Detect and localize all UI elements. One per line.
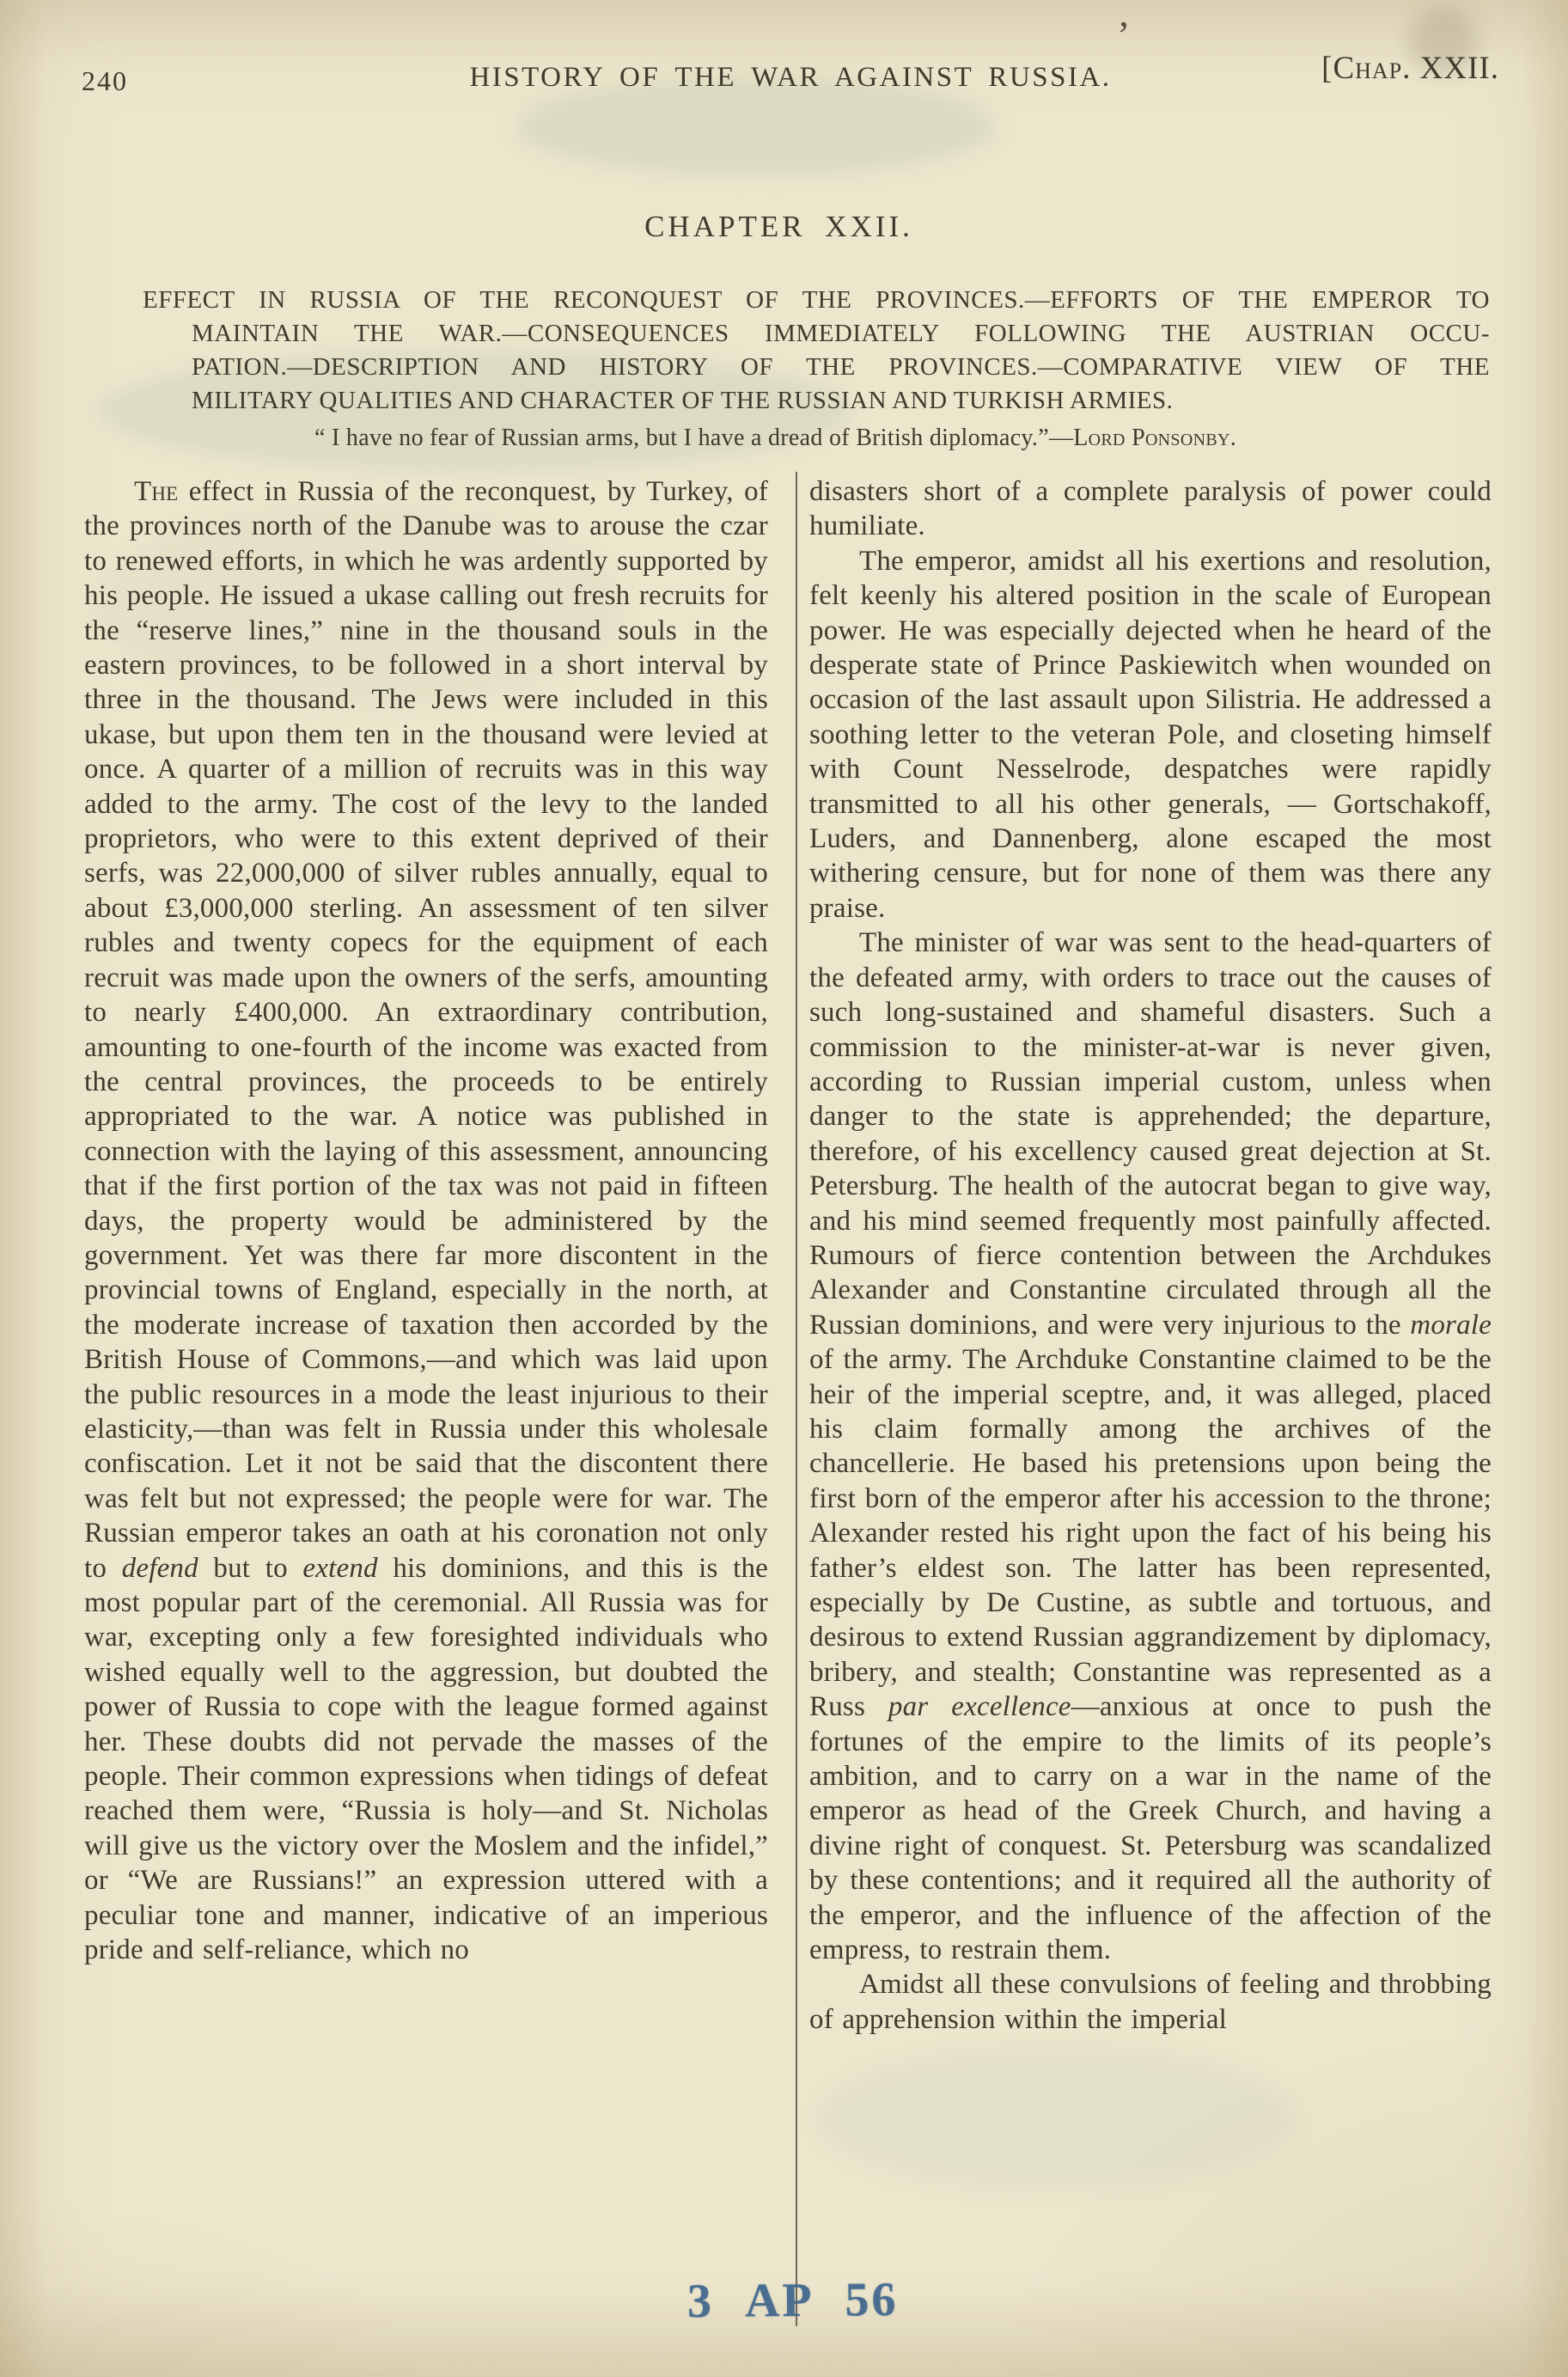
column-divider-rule (796, 472, 797, 2326)
show-through-stain (816, 2045, 1297, 2191)
summary-line: PATION.—DESCRIPTION AND HISTORY OF THE P… (143, 351, 1490, 384)
body-paragraph: The minister of war was sent to the head… (809, 926, 1492, 1967)
body-paragraph: disasters short of a complete paralysis … (809, 474, 1492, 544)
body-paragraph: The emperor, amidst all his exertions an… (809, 544, 1492, 926)
lead-word: The (134, 476, 178, 507)
page-header: 240 HISTORY OF THE WAR AGAINST RUSSIA. [… (82, 55, 1499, 96)
chapter-heading: CHAPTER XXII. (0, 210, 1558, 244)
left-column: The effect in Russia of the reconquest, … (84, 474, 768, 1967)
library-date-stamp: 3 AP 56 (687, 2272, 899, 2329)
summary-line: EFFECT IN RUSSIA OF THE RECONQUEST OF TH… (143, 284, 1490, 317)
epigraph-attribution: —Lord Ponsonby. (1049, 425, 1236, 451)
epigraph-text: “ I have no fear of Russian arms, but I … (314, 425, 1049, 451)
epigraph: “ I have no fear of Russian arms, but I … (0, 425, 1551, 452)
body-paragraph: Amidst all these convulsions of feeling … (809, 1967, 1492, 2037)
summary-line: MAINTAIN THE WAR.—CONSEQUENCES IMMEDIATE… (143, 317, 1490, 351)
chapter-summary: EFFECT IN RUSSIA OF THE RECONQUEST OF TH… (143, 284, 1490, 418)
right-column: disasters short of a complete paralysis … (809, 474, 1492, 2037)
book-page: ’ 240 HISTORY OF THE WAR AGAINST RUSSIA.… (0, 0, 1568, 2377)
running-title: HISTORY OF THE WAR AGAINST RUSSIA. (82, 62, 1499, 94)
chapter-reference: [Chap. XXII. (1321, 50, 1499, 87)
paragraph-text: effect in Russia of the reconquest, by T… (84, 476, 768, 1965)
summary-line: MILITARY QUALITIES AND CHARACTER OF THE … (143, 384, 1490, 418)
stray-ink-mark: ’ (1117, 12, 1130, 58)
body-paragraph: The effect in Russia of the reconquest, … (84, 474, 768, 1967)
